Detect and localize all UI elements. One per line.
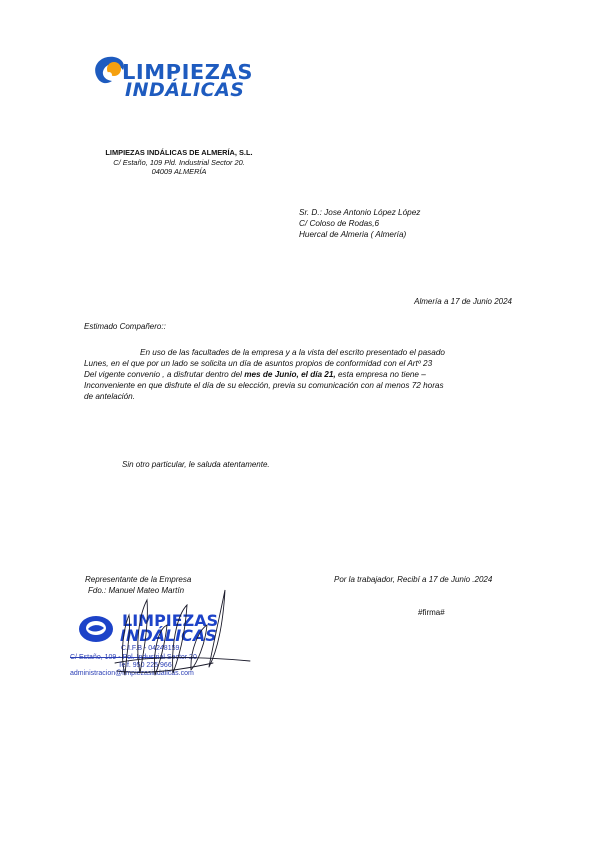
recipient-street: C/ Coloso de Rodas,6 bbox=[299, 218, 420, 229]
body-line: Del vigente convenio , a disfrutar dentr… bbox=[84, 369, 509, 380]
worker-receipt: Por la trabajador, Recibí a 17 de Junio … bbox=[334, 575, 492, 585]
body-line: de antelación. bbox=[84, 391, 509, 402]
body-line: Inconveniente en que disfrute el día de … bbox=[84, 380, 509, 391]
recipient-block: Sr. D.: Jose Antonio López López C/ Colo… bbox=[299, 207, 420, 240]
closing: Sin otro particular, le saluda atentamen… bbox=[122, 460, 270, 470]
logo-emblem-icon bbox=[92, 53, 126, 87]
letter-body: En uso de las facultades de la empresa y… bbox=[84, 347, 509, 402]
stamp-cif: C.I.F.B - 04248159 bbox=[121, 645, 179, 652]
body-line: Lunes, en el que por un lado se solicita… bbox=[84, 358, 509, 369]
stamp-emblem-icon bbox=[78, 614, 114, 644]
recipient-city: Huercal de Almeria ( Almería) bbox=[299, 229, 420, 240]
company-city: 04009 ALMERÍA bbox=[84, 167, 274, 177]
stamp-text-line2: INDÁLICAS bbox=[120, 626, 217, 645]
company-address-block: LIMPIEZAS INDÁLICAS DE ALMERÍA, S.L. C/ … bbox=[84, 148, 274, 177]
body-line: En uso de las facultades de la empresa y… bbox=[84, 347, 509, 358]
company-role: Representante de la Empresa bbox=[85, 575, 191, 585]
greeting: Estimado Compañero:: bbox=[84, 322, 166, 332]
worker-signature-placeholder: #firma# bbox=[418, 608, 445, 618]
letter-date: Almería a 17 de Junio 2024 bbox=[414, 297, 512, 307]
company-signer: Fdo.: Manuel Mateo Martín bbox=[88, 586, 184, 596]
company-address: C/ Estaño, 109 Pld. Industrial Sector 20… bbox=[84, 158, 274, 168]
stamp-email: administracion@limpiezasindalicas.com bbox=[70, 670, 194, 677]
stamp-address: C/ Estaño, 109 - Pol. Industrial Sector … bbox=[70, 654, 197, 661]
recipient-name: Sr. D.: Jose Antonio López López bbox=[299, 207, 420, 218]
company-logo: LIMPIEZAS INDÁLICAS bbox=[92, 53, 242, 105]
stamp-phone: Telf. 950 225 966 bbox=[118, 662, 172, 669]
company-stamp: LIMPIEZAS INDÁLICAS C.I.F.B - 04248159 C… bbox=[68, 610, 268, 682]
highlight-date: mes de Junio, el día 21, bbox=[244, 370, 335, 379]
company-name: LIMPIEZAS INDÁLICAS DE ALMERÍA, S.L. bbox=[84, 148, 274, 158]
logo-text-line2: INDÁLICAS bbox=[125, 79, 244, 101]
